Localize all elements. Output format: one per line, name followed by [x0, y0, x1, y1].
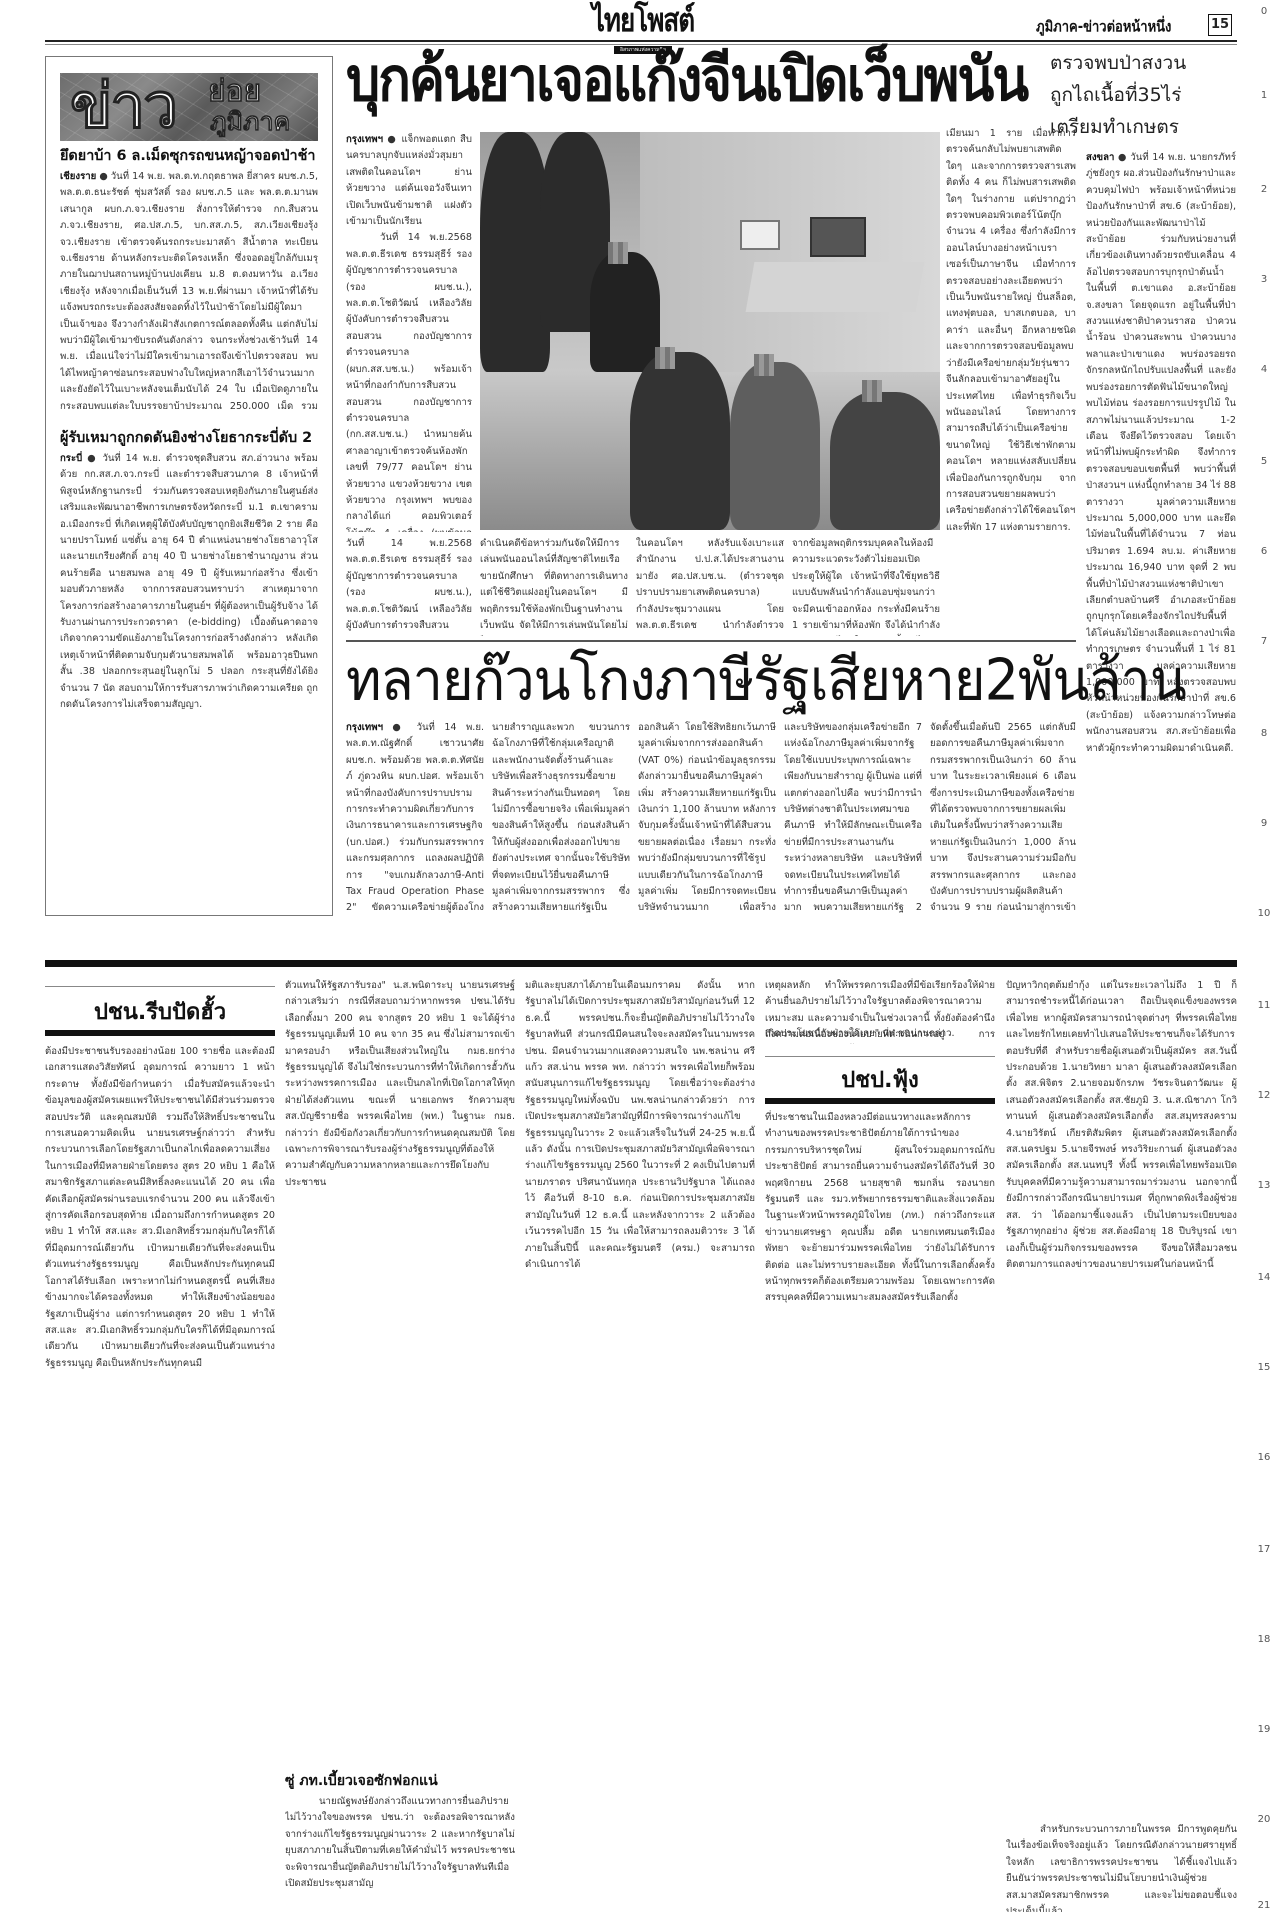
ruler-mark: 14: [1252, 1272, 1276, 1283]
main-story-col-2-cont: วันที่ 14 พ.ย.2568 พล.ต.ต.ธีรเดช ธรรมสุธ…: [346, 536, 472, 636]
dateline: กรุงเทพฯ: [346, 134, 383, 145]
ruler-mark: 6: [1252, 546, 1276, 557]
second-story-col-5: จัดตั้งขึ้นเมื่อต้นปี 2565 แต่กลับมียอดก…: [930, 720, 1076, 916]
bottom-col-2: ตัวแทนให้รัฐสภารับรอง" น.ส.พนิดาระบุ นาย…: [285, 978, 515, 1768]
ruler-mark: 3: [1252, 274, 1276, 285]
bottom-col-4: ที่ประชาชนในเมืองหลวงมีต่อแนวทางและหลักก…: [765, 1110, 995, 1912]
banner-word-regional: ภูมิภาค: [210, 107, 290, 137]
body-continuation: วันที่ 14 พ.ย.2568 พล.ต.ต.ธีรเดช ธรรมสุธ…: [346, 538, 472, 636]
ruler-mark: 8: [1252, 728, 1276, 739]
side-story-body: สงขลา ● วันที่ 14 พ.ย. นายกรภัทร์ ภู่ชยั…: [1086, 150, 1236, 912]
ruler-mark: 10: [1252, 908, 1276, 919]
section-divider-thick: [45, 960, 1237, 967]
photo-suspect: [830, 392, 940, 530]
subhead-pcn-rush: ปชน.รีบปัดฮั้ว: [45, 994, 275, 1029]
body-paragraph: นายสำราญและพวก ขบวนการฉ้อโกงภาษีที่ใช้กล…: [492, 722, 630, 916]
ruler-mark: 9: [1252, 818, 1276, 829]
side-headline-line-1: ตรวจพบป่าสงวน: [1050, 48, 1186, 78]
side-headline-line-3: เตรียมทำเกษตร: [1050, 112, 1179, 142]
body-paragraph: ออกสินค้า โดยใช้สิทธิยกเว้นภาษีมูลค่าเพิ…: [638, 722, 776, 916]
body-paragraph: สำหรับกระบวนการภายในพรรค มีการพูดคุยกันใ…: [1006, 1822, 1237, 1912]
side-headline-line-2: ถูกไถเนื้อที่35ไร่: [1050, 80, 1181, 110]
bullet-icon: ●: [87, 453, 102, 464]
regional-briefs-banner: ข่าว ย่อย ภูมิภาค: [60, 73, 318, 141]
brief-story-1: เชียงราย ● วันที่ 14 พ.ย. พล.ต.ท.กฤตธาพล…: [60, 169, 318, 409]
dateline: สงขลา: [1086, 152, 1114, 163]
bullet-icon: ●: [392, 722, 416, 733]
body-paragraph: ในคอนโดฯ หลังรับแจ้งเบาะแส สำนักงาน ป.ป.…: [636, 538, 784, 636]
photo-suspect: [590, 252, 660, 372]
body-paragraph: ปัญหาวิกฤตต้มยำกุ้ง แต่ในระยะเวลาไม่ถึง …: [1006, 980, 1237, 1270]
photo-laptop: [810, 217, 866, 257]
ruler-mark: 17: [1252, 1544, 1276, 1555]
ruler-mark: 7: [1252, 636, 1276, 647]
body-paragraph: ต้องมีประชาชนรับรองอย่างน้อย 100 รายชื่อ…: [45, 1046, 275, 1369]
brief-headline-2: ผู้รับเหมาถูกกดดันยิงช่างโยธากระบี่ดับ 2: [60, 429, 312, 447]
bottom-col-3: มติและยุบสภาได้ภายในเดือนมกราคม ดังนั้น …: [525, 978, 755, 1912]
main-story-col-3: ดำเนินคดีข้อหาร่วมกันจัดให้มีการเล่นพนัน…: [480, 536, 628, 636]
ruler-mark: 18: [1252, 1634, 1276, 1645]
ruler-mark: 11: [1252, 1000, 1276, 1011]
ruler-mark: 12: [1252, 1090, 1276, 1101]
main-story-col-5: จากข้อมูลพฤติกรรมบุคคลในห้องมีความระแวดร…: [792, 536, 940, 636]
body-paragraph: ตัวแทนให้รัฐสภารับรอง" น.ส.พนิดาระบุ นาย…: [285, 980, 515, 1188]
body-paragraph: จากข้อมูลพฤติกรรมบุคคลในห้องมีความระแวดร…: [792, 538, 940, 636]
photo-laptop-secondary: [740, 220, 780, 250]
main-story-col-1: กรุงเทพฯ ● แจ็กพอตแตก สืบนครบาลบุกจับแหล…: [346, 132, 472, 532]
bottom-col-1: ต้องมีประชาชนรับรองอย่างน้อย 100 รายชื่อ…: [45, 1044, 275, 1910]
bottom-col-4-quote-end: เกิดประโยชน์กับฝ่ายใดเลย" นพ.ชลน่านกล่าว…: [765, 1026, 995, 1044]
second-story-col-3: ออกสินค้า โดยใช้สิทธิยกเว้นภาษีมูลค่าเพิ…: [638, 720, 776, 916]
bullet-icon: ●: [387, 134, 401, 145]
ruler-mark: 13: [1252, 1180, 1276, 1191]
brief-body: วันที่ 14 พ.ย. พล.ต.ท.กฤตธาพล ยี่สาคร ผบ…: [60, 171, 318, 409]
ruler-mark: 0: [1252, 6, 1276, 17]
body-paragraph: เกิดประโยชน์กับฝ่ายใดเลย" นพ.ชลน่านกล่าว…: [765, 1028, 955, 1039]
body-paragraph: นายณัฐพงษ์ยังกล่าวถึงแนวทางการยื่นอภิปรา…: [285, 1794, 515, 1892]
dateline: กรุงเทพฯ: [346, 722, 383, 733]
bottom-col-2-after-subhead: นายณัฐพงษ์ยังกล่าวถึงแนวทางการยื่นอภิปรา…: [285, 1794, 515, 1912]
ruler-mark: 2: [1252, 184, 1276, 195]
subhead-rule-bottom: [765, 1098, 995, 1104]
brief-headline-1: ยึดยาบ้า 6 ล.เม็ดซุกรถขนหญ้าจอดป่าช้า: [60, 147, 315, 165]
ruler-mark: 4: [1252, 364, 1276, 375]
dateline: เชียงราย: [60, 171, 96, 182]
regional-briefs-box: ข่าว ย่อย ภูมิภาค ยึดยาบ้า 6 ล.เม็ดซุกรถ…: [45, 56, 333, 916]
body-paragraph: ดำเนินคดีข้อหาร่วมกันจัดให้มีการเล่นพนัน…: [480, 538, 628, 636]
subhead-democrat: ปชป.ฟุ้ง: [765, 1062, 995, 1097]
lead-paragraph: แจ็กพอตแตก สืบนครบาลบุกจับแหล่งมั่วสุมยา…: [346, 134, 472, 227]
ruler-mark: 20: [1252, 1814, 1276, 1825]
blurred-face: [754, 354, 774, 376]
ruler-mark: 5: [1252, 456, 1276, 467]
ruler-mark: 19: [1252, 1724, 1276, 1735]
ruler-mark: 16: [1252, 1452, 1276, 1463]
banner-word-brief: ย่อย: [208, 75, 261, 109]
blurred-face: [655, 347, 675, 369]
banner-word-news: ข่าว: [70, 73, 176, 141]
photo-suspect: [730, 362, 820, 530]
body-paragraph: ที่ประชาชนในเมืองหลวงมีต่อแนวทางและหลักก…: [765, 1112, 995, 1303]
page-number: 15: [1208, 14, 1232, 36]
main-story-photo: [480, 132, 940, 530]
body-paragraph: เมียนมา 1 ราย เมื่อทำการตรวจค้นกลับไม่พบ…: [946, 128, 1076, 533]
photo-table: [746, 262, 925, 312]
section-label: ภูมิภาค-ข่าวต่อหน้าหนึ่ง: [1036, 14, 1171, 38]
subhead-bhumjaithai: ซู่ ภท.เบี้ยวเจอซักฟอกแน่: [285, 1770, 515, 1792]
ruler-mark: 15: [1252, 1362, 1276, 1373]
subhead-rule-bottom: [45, 1030, 275, 1036]
body-paragraph: วันที่ 14 พ.ย. พล.ต.ท.ณัฐศักดิ์ เชาวนาศั…: [346, 722, 484, 916]
ruler-mark: 1: [1252, 90, 1276, 101]
bottom-col-5-end: สำหรับกระบวนการภายในพรรค มีการพูดคุยกันใ…: [1006, 1822, 1237, 1912]
bullet-icon: ●: [99, 171, 110, 182]
photo-suspect: [630, 352, 730, 530]
second-story-col-2: นายสำราญและพวก ขบวนการฉ้อโกงภาษีที่ใช้กล…: [492, 720, 630, 916]
masthead-rule: [45, 40, 1237, 42]
second-story-col-1: กรุงเทพฯ ● วันที่ 14 พ.ย. พล.ต.ท.ณัฐศักด…: [346, 720, 484, 916]
body-paragraph: วันที่ 14 พ.ย.2568 พล.ต.ต.ธีรเดช ธรรมสุธ…: [346, 230, 472, 532]
subhead-rule-top: [45, 986, 275, 987]
blurred-face: [862, 380, 882, 402]
bullet-icon: ●: [1118, 152, 1130, 163]
dateline: กระบี่: [60, 453, 82, 464]
ruler-mark: 21: [1252, 1900, 1276, 1911]
story-divider: [346, 640, 1076, 642]
logo-text: ไทยโพสต์: [540, 2, 746, 40]
body-paragraph: มติและยุบสภาได้ภายในเดือนมกราคม ดังนั้น …: [525, 980, 755, 1270]
body-paragraph: และบริษัทของกลุ่มเครือข่ายอีก 7 แห่งฉ้อโ…: [784, 722, 922, 916]
photo-wall: [640, 132, 940, 372]
bottom-col-5: ปัญหาวิกฤตต้มยำกุ้ง แต่ในระยะเวลาไม่ถึง …: [1006, 978, 1237, 1812]
brief-story-2: กระบี่ ● วันที่ 14 พ.ย. ตำรวจชุดสืบสวน ส…: [60, 451, 318, 911]
inline-subhead-wrap: ซู่ ภท.เบี้ยวเจอซักฟอกแน่: [285, 1770, 515, 1792]
main-headline: บุกค้นยาเจอแก๊งจีนเปิดเว็บพนัน: [346, 46, 1027, 113]
brief-body: วันที่ 14 พ.ย. ตำรวจชุดสืบสวน สภ.อ่าวนาง…: [60, 453, 318, 710]
second-story-col-4: และบริษัทของกลุ่มเครือข่ายอีก 7 แห่งฉ้อโ…: [784, 720, 922, 916]
subhead-rule-top: [765, 1056, 995, 1057]
second-headline: ทลายก๊วนโกงภาษีรัฐเสียหาย2พันล้าน: [346, 648, 1186, 713]
body-paragraph: จัดตั้งขึ้นเมื่อต้นปี 2565 แต่กลับมียอดก…: [930, 722, 1076, 916]
main-story-col-4: ในคอนโดฯ หลังรับแจ้งเบาะแส สำนักงาน ป.ป.…: [636, 536, 784, 636]
blurred-face: [608, 242, 628, 264]
main-story-col-6: เมียนมา 1 ราย เมื่อทำการตรวจค้นกลับไม่พบ…: [946, 126, 1076, 632]
